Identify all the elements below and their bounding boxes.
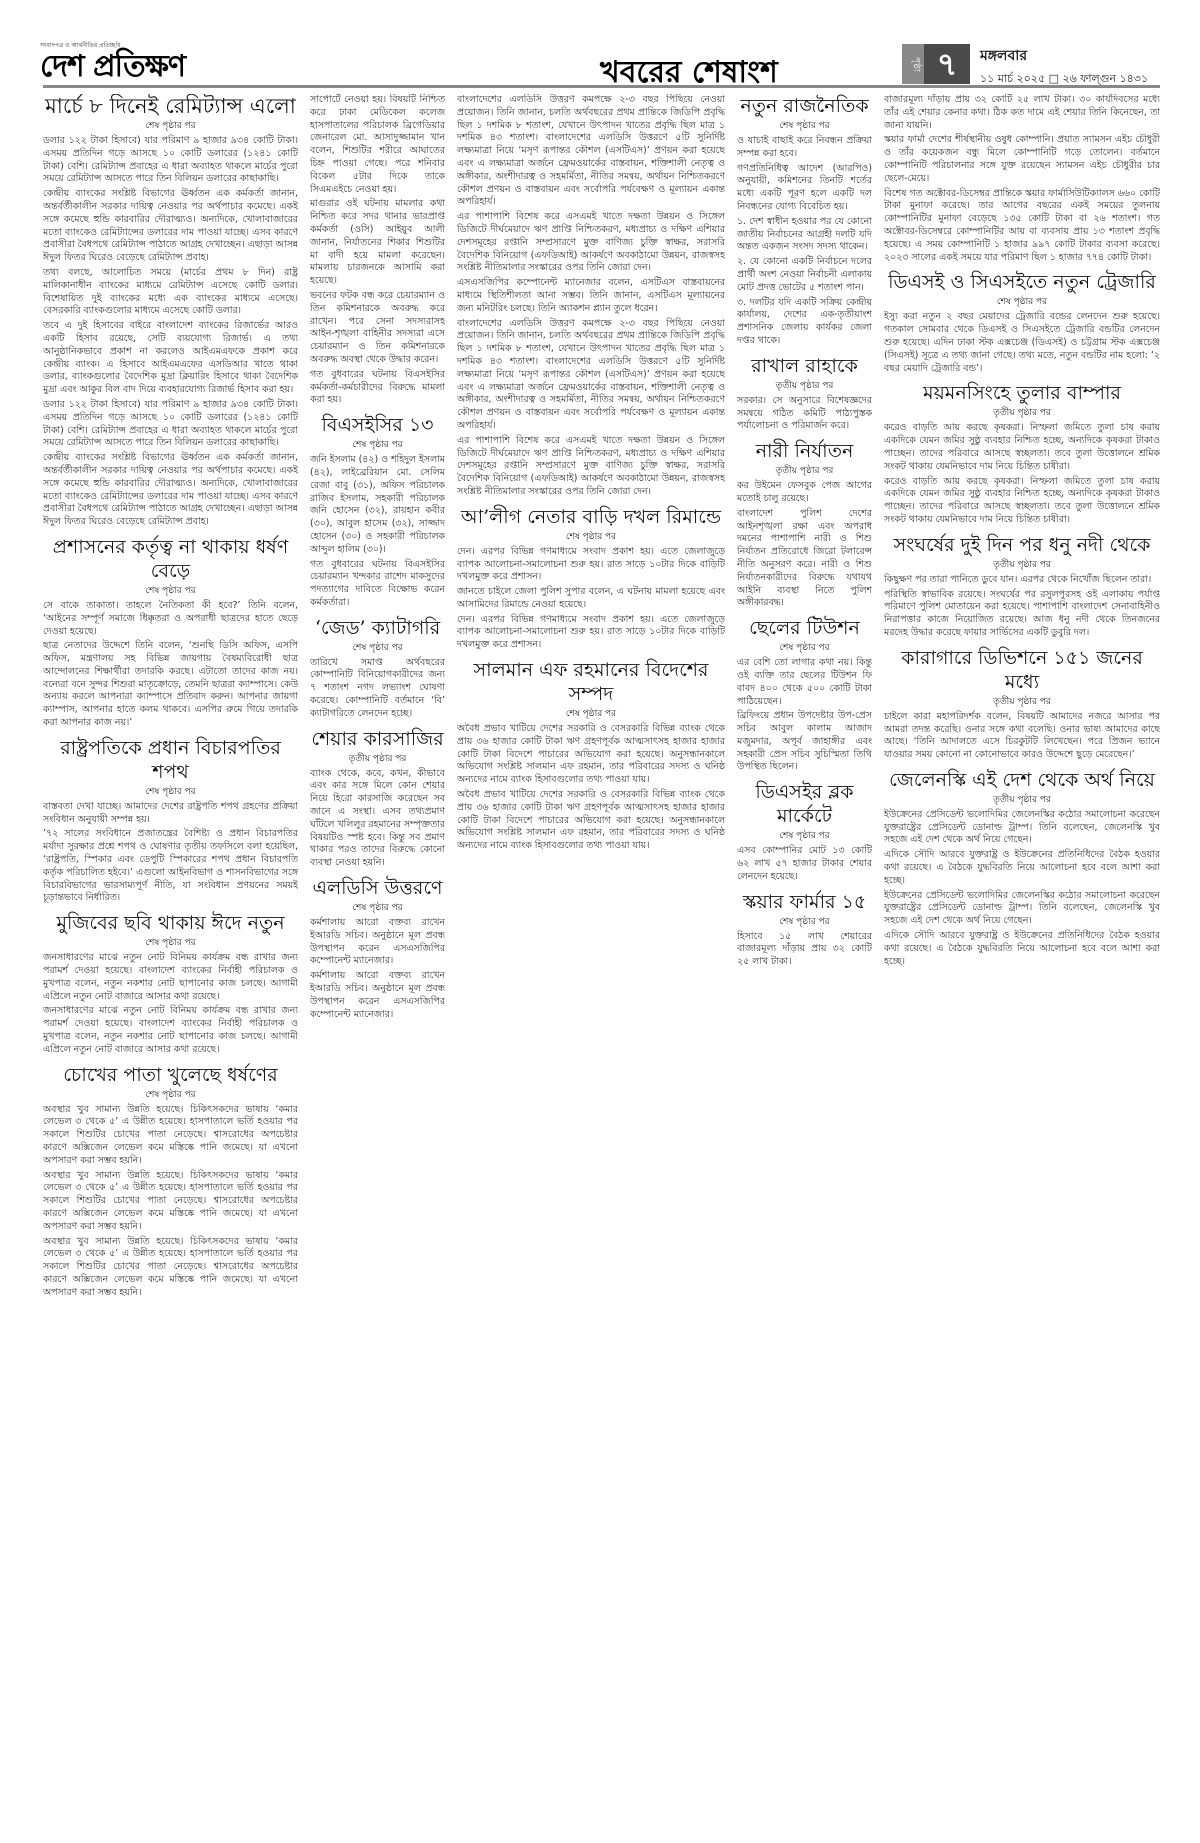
paragraph: গত বুধবারের ঘটনায় বিএসইসির কর্মকর্তা-কর… bbox=[310, 369, 445, 407]
article-col2-continuation[interactable]: সাপোর্টে নেওয়া হয়। বিষয়টি নিশ্চিত করে… bbox=[310, 94, 445, 407]
continued-label: তৃতীয় পৃষ্ঠার পর bbox=[884, 694, 1160, 709]
continued-label: শেষ পৃষ্ঠার পর bbox=[737, 640, 872, 655]
paragraph: এসব কোম্পানির মোট ১৩ কোটি ৬২ লাখ ৫৭ হাজা… bbox=[737, 845, 872, 883]
paragraph: ব্রিফিংয়ে প্রধান উপদেষ্টার উপ-প্রেস সচি… bbox=[737, 710, 872, 774]
article-treasury-bond[interactable]: ডিএসই ও সিএসইতে নতুন ট্রেজারি শেষ পৃষ্ঠা… bbox=[884, 270, 1160, 375]
paragraph: বিশেষ গত অক্টোবর-ডিসেম্বর প্রান্তিকে স্ক… bbox=[884, 188, 1160, 265]
article-zelensky[interactable]: জেলেনস্কি এই দেশ থেকে অর্থ নিয়ে তৃতীয় … bbox=[884, 768, 1160, 969]
headline: মার্চে ৮ দিনেই রেমিট্যান্স এলো bbox=[43, 94, 298, 118]
paragraph: বাস্তবতা দেখা যাচ্ছে। আমাদের দেশের রাষ্ট… bbox=[43, 801, 298, 827]
continued-label: তৃতীয় পৃষ্ঠার পর bbox=[884, 405, 1160, 420]
article-body: তারিখে সমাপ্ত অর্থবছরের কোম্পানিটি বিনিয… bbox=[310, 657, 445, 721]
paragraph: ইস্যু করা নতুন ২ বছর মেয়াদের ট্রেজারি ব… bbox=[884, 311, 1160, 375]
headline: ডিএসইর ব্লক মার্কেটে bbox=[737, 780, 872, 828]
article-share-manipulation[interactable]: শেয়ার কারসাজির তৃতীয় পৃষ্ঠার পর ব্যাংক… bbox=[310, 727, 445, 870]
continued-label: শেষ পৃষ্ঠার পর bbox=[43, 784, 298, 799]
headline: নতুন রাজনৈতিক bbox=[737, 94, 872, 118]
column-4: নতুন রাজনৈতিক শেষ পৃষ্ঠার পর ও যাচাই বাছ… bbox=[737, 94, 872, 1818]
article-body: ডলার ১২২ টাকা হিসাবে) যার পরিমাণ ৯ হাজার… bbox=[43, 135, 298, 529]
section-title: খবরের শেষাংশ bbox=[600, 48, 778, 99]
paragraph: কেন্দ্রীয় ব্যাংকের সংশ্লিষ্ট বিভাগের ঊর… bbox=[43, 188, 298, 265]
article-body: করেও বাড়তি আয় করছে কৃষকরা। নিস্ফলা জমি… bbox=[884, 422, 1160, 526]
paragraph: জানতে চাইলে জেলা পুলিশ সুপার বলেন, এ ঘটন… bbox=[457, 586, 725, 612]
newspaper-logo[interactable]: সংবাদপত্র ও আর্থনীতির প্রতিচ্ছবি দেশ প্র… bbox=[40, 40, 185, 83]
continued-label: শেষ পৃষ্ঠার পর bbox=[457, 529, 725, 544]
column-2: সাপোর্টে নেওয়া হয়। বিষয়টি নিশ্চিত করে… bbox=[310, 94, 445, 1818]
headline: স্কয়ার ফার্মার ১৫ bbox=[737, 890, 872, 914]
article-body: বাস্তবতা দেখা যাচ্ছে। আমাদের দেশের রাষ্ট… bbox=[43, 801, 298, 905]
paragraph: ১. দেশ স্বাধীন হওয়ার পর যে কোনো জাতীয় … bbox=[737, 216, 872, 254]
article-tuition[interactable]: ছেলের টিউশন শেষ পৃষ্ঠার পর এর বেশি তো লা… bbox=[737, 616, 872, 774]
paragraph: অবস্থার খুব সামান্য উন্নতি হয়েছে। চিকিৎ… bbox=[43, 1104, 298, 1168]
paragraph: করেও বাড়তি আয় করছে কৃষকরা। নিস্ফলা জমি… bbox=[884, 476, 1160, 527]
article-prison-division[interactable]: কারাগারে ডিভিশনে ১৫১ জনের মধ্যে তৃতীয় প… bbox=[884, 646, 1160, 762]
page-columns: মার্চে ৮ দিনেই রেমিট্যান্স এলো শেষ পৃষ্ঠ… bbox=[43, 94, 1160, 1818]
column-5: বাজারমূল্য দাঁড়ায় প্রায় ৩২ কোটি ২৫ লা… bbox=[884, 94, 1160, 1818]
headline: মুজিবের ছবি থাকায় ঈদে নতুন bbox=[43, 911, 298, 935]
headline: ময়মনসিংহে তুলার বাম্পার bbox=[884, 381, 1160, 405]
paragraph: সরকার। সে অনুসারে বিশেষজ্ঞদের সমন্বয়ে গ… bbox=[737, 395, 872, 433]
page-number-badge: পৃষ্ঠা ৭ bbox=[902, 44, 970, 84]
article-ldc-continuation[interactable]: বাংলাদেশের এলডিসি উত্তরণ কমপক্ষে ২-৩ বছর… bbox=[457, 94, 725, 499]
continued-label: শেষ পৃষ্ঠার পর bbox=[457, 706, 725, 721]
article-eyes[interactable]: চোখের পাতা খুলেছে ধর্ষণের শেষ পৃষ্ঠার পর… bbox=[43, 1063, 298, 1300]
weekday: মঙ্গলবার bbox=[980, 44, 1148, 68]
continued-label: শেষ পৃষ্ঠার পর bbox=[43, 118, 298, 133]
article-body: চাইলে কারা মহাপরিদর্শক বলেন, বিষয়টি আমা… bbox=[884, 711, 1160, 762]
paragraph: সে বাকে তাকাতা। তাহলে নৈতিকতা কী হবে?’ ত… bbox=[43, 600, 298, 638]
headline: জেলেনস্কি এই দেশ থেকে অর্থ নিয়ে bbox=[884, 768, 1160, 792]
continued-label: তৃতীয় পৃষ্ঠার পর bbox=[884, 557, 1160, 572]
headline: চোখের পাতা খুলেছে ধর্ষণের bbox=[43, 1063, 298, 1087]
paragraph: এসএসজিপির কম্পোনেন্ট ম্যানেজার বলেন, এসট… bbox=[457, 277, 725, 315]
paragraph: সাপোর্টে নেওয়া হয়। বিষয়টি নিশ্চিত করে… bbox=[310, 94, 445, 196]
paragraph: বাংলাদেশের এলডিসি উত্তরণ কমপক্ষে ২-৩ বছর… bbox=[457, 318, 725, 433]
paragraph: অবৈধ প্রভাব খাটিয়ে দেশের সরকারি ও বেসরক… bbox=[457, 789, 725, 853]
article-square-continuation[interactable]: বাজারমূল্য দাঁড়ায় প্রায় ৩২ কোটি ২৫ লা… bbox=[884, 94, 1160, 264]
paragraph: ডলার ১২২ টাকা হিসাবে) যার পরিমাণ ৯ হাজার… bbox=[43, 399, 298, 450]
paragraph: ৩. দলটির যদি একটি সক্রিয় কেন্দ্রীয় কার… bbox=[737, 297, 872, 348]
paragraph: কর্মশালায় আরো বক্তব্য রাখেন ইআরডি সচিব।… bbox=[310, 917, 445, 968]
paragraph: এর বেশি তো লাগার কথা নয়। কিন্তু ওই ব্যক… bbox=[737, 657, 872, 708]
paragraph: কেন্দ্রীয় ব্যাংকের সংশ্লিষ্ট বিভাগের ঊর… bbox=[43, 452, 298, 529]
paragraph: অবস্থার খুব সামান্য উন্নতি হয়েছে। চিকিৎ… bbox=[43, 1170, 298, 1234]
article-body: দেন। এরপর বিভিন্ন গণমাধ্যমে সংবাদ প্রকাশ… bbox=[457, 546, 725, 652]
paragraph: ইউক্রেনের প্রেসিডেন্ট ভলোদিমির জেলেনস্কি… bbox=[884, 890, 1160, 928]
continued-label: শেষ পৃষ্ঠার পর bbox=[43, 935, 298, 950]
article-body: কর উইমেন ফেসবুক পেজ আগের মতোই চালু রয়েছ… bbox=[737, 480, 872, 610]
paragraph: ডলার ১২২ টাকা হিসাবে) যার পরিমাণ ৯ হাজার… bbox=[43, 135, 298, 186]
paragraph: কর্মশালায় আরো বক্তব্য রাখেন ইআরডি সচিব।… bbox=[310, 970, 445, 1021]
continued-label: শেষ পৃষ্ঠার পর bbox=[310, 640, 445, 655]
continued-label: তৃতীয় পৃষ্ঠার পর bbox=[310, 751, 445, 766]
paragraph: তবে এ দুই হিসাবের বাইরে বাংলাদেশ ব্যাংকে… bbox=[43, 320, 298, 397]
paragraph: ও যাচাই বাছাই করে নিবন্ধন প্রক্রিয়া সম্… bbox=[737, 135, 872, 161]
paragraph: তারিখে সমাপ্ত অর্থবছরের কোম্পানিটি বিনিয… bbox=[310, 657, 445, 721]
article-body: সাপোর্টে নেওয়া হয়। বিষয়টি নিশ্চিত করে… bbox=[310, 94, 445, 407]
continued-label: শেষ পৃষ্ঠার পর bbox=[884, 294, 1160, 309]
article-ldc[interactable]: এলডিসি উত্তরণে শেষ পৃষ্ঠার পর কর্মশালায়… bbox=[310, 876, 445, 1021]
headline: বিএসইসির ১৩ bbox=[310, 413, 445, 437]
article-body: সরকার। সে অনুসারে বিশেষজ্ঞদের সমন্বয়ে গ… bbox=[737, 395, 872, 433]
article-oath[interactable]: রাষ্ট্রপতিকে প্রধান বিচারপতির শপথ শেষ পৃ… bbox=[43, 736, 298, 905]
article-cotton[interactable]: ময়মনসিংহে তুলার বাম্পার তৃতীয় পৃষ্ঠার … bbox=[884, 381, 1160, 526]
paragraph: ইউক্রেনের প্রেসিডেন্ট ভলোদিমির জেলেনস্কি… bbox=[884, 809, 1160, 847]
article-body: এসব কোম্পানির মোট ১৩ কোটি ৬২ লাখ ৫৭ হাজা… bbox=[737, 845, 872, 883]
continued-label: তৃতীয় পৃষ্ঠার পর bbox=[737, 378, 872, 393]
paragraph: তথ্য বলছে, আলোচিত সময়ে (মার্চের প্রথম ৮… bbox=[43, 267, 298, 318]
continued-label: শেষ পৃষ্ঠার পর bbox=[737, 118, 872, 133]
paragraph: জনসাধারণের মাঝে নতুন নোট বিনিময় কার্যক্… bbox=[43, 1005, 298, 1056]
continued-label: শেষ পৃষ্ঠার পর bbox=[737, 828, 872, 843]
paragraph: এর পাশাপাশি বিশেষ করে এসএমই খাতে দক্ষতা … bbox=[457, 435, 725, 499]
article-body: ব্যাংক থেকে, কবে, কখন, কীভাবে এবং কার সঙ… bbox=[310, 768, 445, 870]
paragraph: এর পাশাপাশি বিশেষ করে এসএমই খাতে দক্ষতা … bbox=[457, 211, 725, 275]
article-body: জনসাধারণের মাঝে নতুন নোট বিনিময় কার্যক্… bbox=[43, 952, 298, 1056]
headline: সালমান এফ রহমানের বিদেশের সম্পদ bbox=[457, 658, 725, 706]
paragraph: বাজারমূল্য দাঁড়ায় প্রায় ৩২ কোটি ২৫ লা… bbox=[884, 94, 1160, 132]
continued-label: শেষ পৃষ্ঠার পর bbox=[310, 900, 445, 915]
paragraph: অবৈধ প্রভাব খাটিয়ে দেশের সরকারি ও বেসরক… bbox=[457, 723, 725, 787]
paragraph: ব্যাংক থেকে, কবে, কখন, কীভাবে এবং কার সঙ… bbox=[310, 768, 445, 870]
masthead: সংবাদপত্র ও আর্থনীতির প্রতিচ্ছবি দেশ প্র… bbox=[40, 40, 1160, 85]
paragraph: কর উইমেন ফেসবুক পেজ আগের মতোই চালু রয়েছ… bbox=[737, 480, 872, 506]
paragraph: এদিকে সৌদি আরবে যুক্তরাষ্ট্র ও ইউক্রেনের… bbox=[884, 849, 1160, 887]
paragraph: চাইলে কারা মহাপরিদর্শক বলেন, বিষয়টি আমা… bbox=[884, 711, 1160, 762]
paragraph: গত বুধবারের ঘটনায় বিএসইসির চেয়ারম্যান … bbox=[310, 559, 445, 610]
paragraph: কিছুক্ষণ পর তারা পানিতে ডুবে যান। এরপর থ… bbox=[884, 574, 1160, 587]
paragraph: জনসাধারণের মাঝে নতুন নোট বিনিময় কার্যক্… bbox=[43, 952, 298, 1003]
headline: কারাগারে ডিভিশনে ১৫১ জনের মধ্যে bbox=[884, 646, 1160, 694]
paragraph: ছাত্র নেতাদের উদ্দেশে তিনি বলেন, ‘শুনছি … bbox=[43, 640, 298, 730]
column-1: মার্চে ৮ দিনেই রেমিট্যান্স এলো শেষ পৃষ্ঠ… bbox=[43, 94, 298, 1818]
paragraph: বাংলাদেশের এলডিসি উত্তরণ কমপক্ষে ২-৩ বছর… bbox=[457, 94, 725, 209]
continued-label: তৃতীয় পৃষ্ঠার পর bbox=[884, 792, 1160, 807]
headline: রাখাল রাহাকে bbox=[737, 354, 872, 378]
headline: প্রশাসনের কর্তৃত্ব না থাকায় ধর্ষণ বেড়ে bbox=[43, 535, 298, 583]
article-body: ও যাচাই বাছাই করে নিবন্ধন প্রক্রিয়া সম্… bbox=[737, 135, 872, 348]
article-body: বাংলাদেশের এলডিসি উত্তরণ কমপক্ষে ২-৩ বছর… bbox=[457, 94, 725, 499]
column-3: বাংলাদেশের এলডিসি উত্তরণ কমপক্ষে ২-৩ বছর… bbox=[457, 94, 725, 1818]
article-rakhal[interactable]: রাখাল রাহাকে তৃতীয় পৃষ্ঠার পর সরকার। সে… bbox=[737, 354, 872, 433]
paragraph: দেন। এরপর বিভিন্ন গণমাধ্যমে সংবাদ প্রকাশ… bbox=[457, 614, 725, 652]
paragraph: হিসাবে ১৫ লাখ শেয়ারের বাজারমূল্য দাঁড়া… bbox=[737, 931, 872, 969]
headline: নারী নির্যাতন bbox=[737, 439, 872, 463]
article-body: ইস্যু করা নতুন ২ বছর মেয়াদের ট্রেজারি ব… bbox=[884, 311, 1160, 375]
continued-label: শেষ পৃষ্ঠার পর bbox=[43, 583, 298, 598]
headline: শেয়ার কারসাজির bbox=[310, 727, 445, 751]
continued-label: শেষ পৃষ্ঠার পর bbox=[43, 1087, 298, 1102]
article-rape-admin[interactable]: প্রশাসনের কর্তৃত্ব না থাকায় ধর্ষণ বেড়ে… bbox=[43, 535, 298, 730]
article-body: সে বাকে তাকাতা। তাহলে নৈতিকতা কী হবে?’ ত… bbox=[43, 600, 298, 730]
article-body: ইউক্রেনের প্রেসিডেন্ট ভলোদিমির জেলেনস্কি… bbox=[884, 809, 1160, 969]
paragraph: ২. যে কোনো একটি নির্বাচনে দলের প্রার্থী … bbox=[737, 256, 872, 294]
headline: ডিএসই ও সিএসইতে নতুন ট্রেজারি bbox=[884, 270, 1160, 294]
article-square-pharma[interactable]: স্কয়ার ফার্মার ১৫ শেষ পৃষ্ঠার পর হিসাবে… bbox=[737, 890, 872, 969]
paragraph: ’৭২ সালের সংবিধানে প্রজাতন্ত্রের বৈশিষ্ট… bbox=[43, 828, 298, 905]
paragraph: করেও বাড়তি আয় করছে কৃষকরা। নিস্ফলা জমি… bbox=[884, 422, 1160, 473]
headline: আ’লীগ নেতার বাড়ি দখল রিমান্ডে bbox=[457, 505, 725, 529]
headline: ছেলের টিউশন bbox=[737, 616, 872, 640]
article-body: জনি ইসলাম (৪২) ও শহিদুল ইসলাম (৪২), লাইব… bbox=[310, 454, 445, 610]
paragraph: বাংলাদেশ পুলিশ দেশের আইনশৃঙ্খলা রক্ষা এব… bbox=[737, 508, 872, 610]
article-body: এর বেশি তো লাগার কথা নয়। কিন্তু ওই ব্যক… bbox=[737, 657, 872, 774]
headline: এলডিসি উত্তরণে bbox=[310, 876, 445, 900]
paragraph: জনি ইসলাম (৪২) ও শহিদুল ইসলাম (৪২), লাইব… bbox=[310, 454, 445, 556]
date-block: মঙ্গলবার ১১ মার্চ ২০২৫ □ ২৬ ফাল্গুন ১৪৩১ bbox=[980, 44, 1148, 89]
paragraph: অবস্থার খুব সামান্য উন্নতি হয়েছে। চিকিৎ… bbox=[43, 1236, 298, 1300]
article-body: অবস্থার খুব সামান্য উন্নতি হয়েছে। চিকিৎ… bbox=[43, 1104, 298, 1300]
article-women-abuse[interactable]: নারী নির্যাতন তৃতীয় পৃষ্ঠার পর কর উইমেন… bbox=[737, 439, 872, 610]
continued-label: শেষ পৃষ্ঠার পর bbox=[737, 914, 872, 929]
paragraph: ভবনের ফটক বন্ধ করে চেয়ারম্যান ও তিন কমি… bbox=[310, 290, 445, 367]
article-river-clash[interactable]: সংঘর্ষের দুই দিন পর ধনু নদী থেকে তৃতীয় … bbox=[884, 533, 1160, 640]
article-body: কিছুক্ষণ পর তারা পানিতে ডুবে যান। এরপর থ… bbox=[884, 574, 1160, 640]
article-salman[interactable]: সালমান এফ রহমানের বিদেশের সম্পদ শেষ পৃষ্… bbox=[457, 658, 725, 853]
article-body: কর্মশালায় আরো বক্তব্য রাখেন ইআরডি সচিব।… bbox=[310, 917, 445, 1021]
paragraph: গণপ্রতিনিধিত্ব আদেশ (আরপিও) অনুযায়ী, কম… bbox=[737, 163, 872, 214]
page-label: পৃষ্ঠা bbox=[902, 44, 924, 84]
article-jade[interactable]: ‘জেড’ ক্যাটাগরি শেষ পৃষ্ঠার পর তারিখে সম… bbox=[310, 616, 445, 721]
paragraph: দেন। এরপর বিভিন্ন গণমাধ্যমে সংবাদ প্রকাশ… bbox=[457, 546, 725, 584]
page-number: ৭ bbox=[924, 44, 970, 84]
article-mujib[interactable]: মুজিবের ছবি থাকায় ঈদে নতুন শেষ পৃষ্ঠার … bbox=[43, 911, 298, 1056]
article-body: অবৈধ প্রভাব খাটিয়ে দেশের সরকারি ও বেসরক… bbox=[457, 723, 725, 853]
headline: রাষ্ট্রপতিকে প্রধান বিচারপতির শপথ bbox=[43, 736, 298, 784]
logo-name: দেশ প্রতিক্ষণ bbox=[40, 51, 185, 83]
continued-label: শেষ পৃষ্ঠার পর bbox=[310, 437, 445, 452]
article-remittance[interactable]: মার্চে ৮ দিনেই রেমিট্যান্স এলো শেষ পৃষ্ঠ… bbox=[43, 94, 298, 529]
article-body: বাজারমূল্য দাঁড়ায় প্রায় ৩২ কোটি ২৫ লা… bbox=[884, 94, 1160, 264]
article-block-market[interactable]: ডিএসইর ব্লক মার্কেটে শেষ পৃষ্ঠার পর এসব … bbox=[737, 780, 872, 883]
headline: সংঘর্ষের দুই দিন পর ধনু নদী থেকে bbox=[884, 533, 1160, 557]
article-awami-house[interactable]: আ’লীগ নেতার বাড়ি দখল রিমান্ডে শেষ পৃষ্ঠ… bbox=[457, 505, 725, 652]
paragraph: মাগুরার ওই ঘটনায় মামলার কথা নিশ্চিত করে… bbox=[310, 198, 445, 288]
article-political-party[interactable]: নতুন রাজনৈতিক শেষ পৃষ্ঠার পর ও যাচাই বাছ… bbox=[737, 94, 872, 348]
continued-label: তৃতীয় পৃষ্ঠার পর bbox=[737, 463, 872, 478]
paragraph: স্কয়ার ফার্মা দেশের শীর্ষস্থানীয় ওষুধ … bbox=[884, 134, 1160, 185]
header-divider bbox=[43, 85, 1160, 88]
article-bsec[interactable]: বিএসইসির ১৩ শেষ পৃষ্ঠার পর জনি ইসলাম (৪২… bbox=[310, 413, 445, 610]
paragraph: এদিকে সৌদি আরবে যুক্তরাষ্ট্র ও ইউক্রেনের… bbox=[884, 930, 1160, 968]
headline: ‘জেড’ ক্যাটাগরি bbox=[310, 616, 445, 640]
paragraph: পরিস্থিতি স্বাভাবিক রয়েছে। সংঘর্ষের পর … bbox=[884, 589, 1160, 640]
article-body: হিসাবে ১৫ লাখ শেয়ারের বাজারমূল্য দাঁড়া… bbox=[737, 931, 872, 969]
